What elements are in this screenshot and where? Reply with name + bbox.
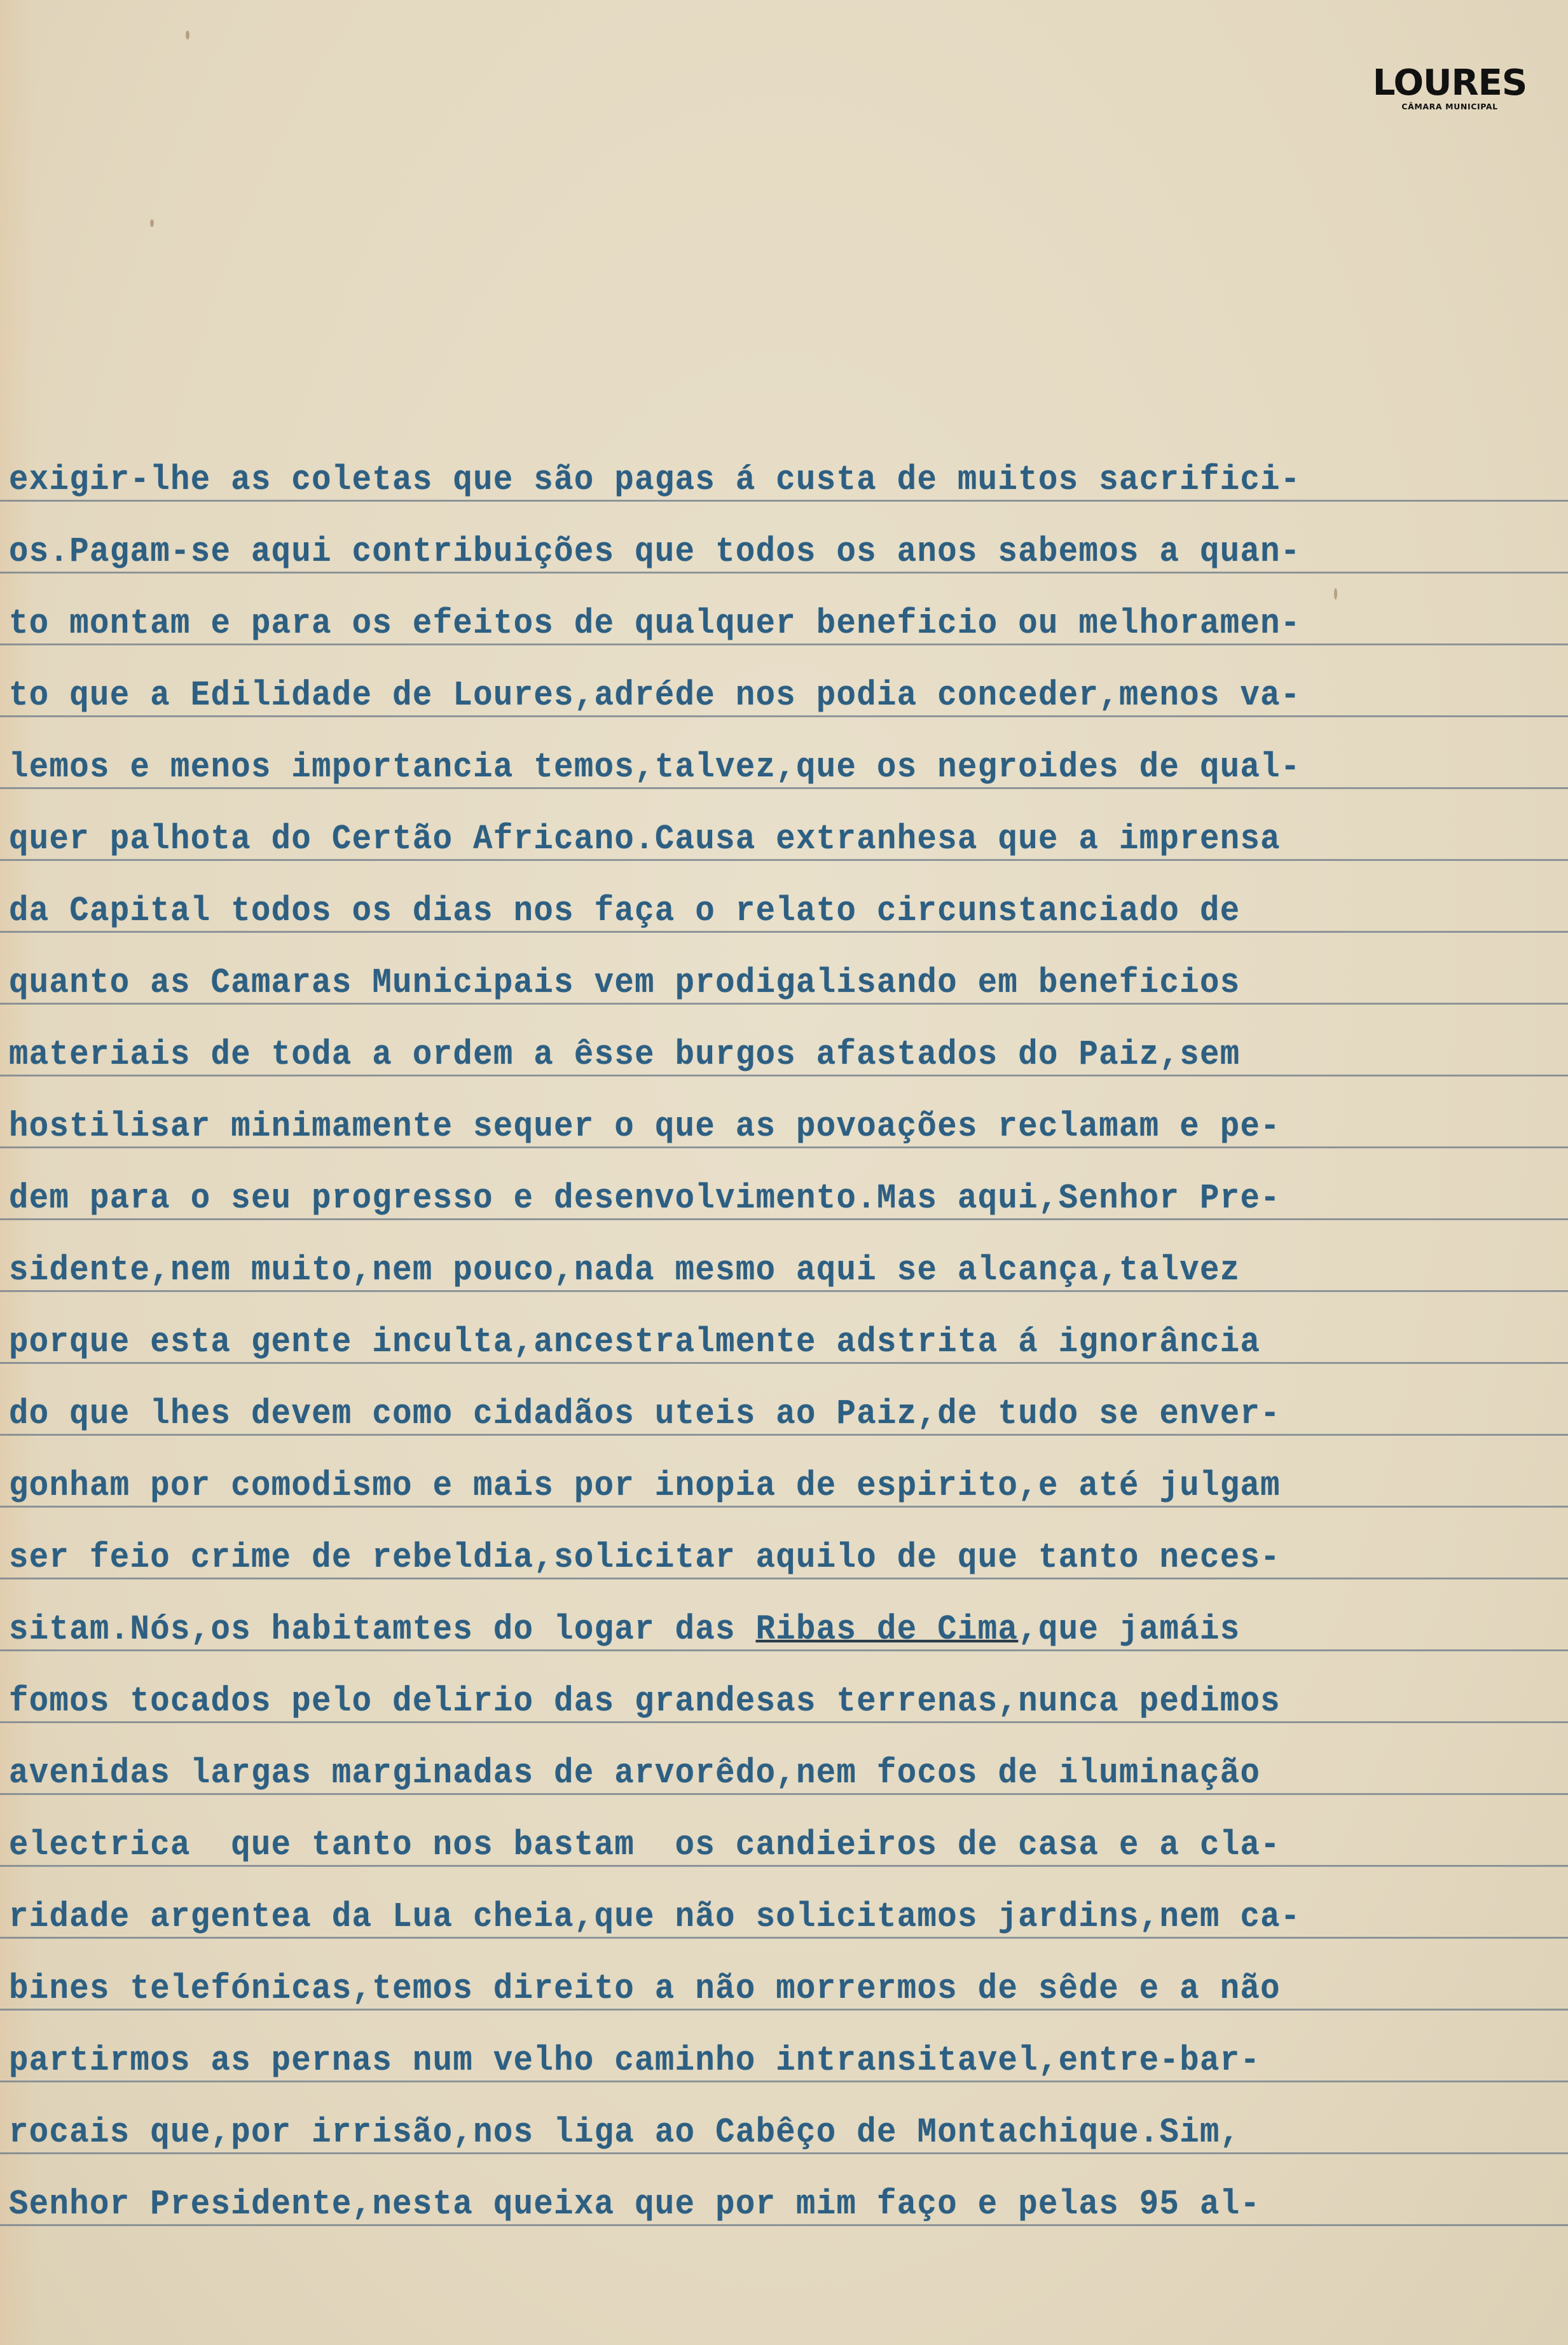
ruled-line: [0, 1578, 1568, 1579]
line-text: quanto as Camaras Municipais vem prodiga…: [9, 964, 1240, 1002]
underlined-place-name: Ribas de Cima: [756, 1609, 1019, 1649]
line-text: Senhor Presidente,nesta queixa que por m…: [9, 2185, 1260, 2224]
ruled-line: [0, 1506, 1568, 1508]
line-text: sidente,nem muito,nem pouco,nada mesmo a…: [9, 1251, 1240, 1289]
text-line: quanto as Camaras Municipais vem prodiga…: [0, 933, 1568, 1005]
paper-speck: [150, 219, 154, 227]
line-text: gonham por comodismo e mais por inopia d…: [9, 1467, 1281, 1505]
line-text: exigir-lhe as coletas que são pagas á cu…: [9, 461, 1301, 499]
text-line: materiais de toda a ordem a êsse burgos …: [0, 1005, 1568, 1076]
ruled-line: [0, 1865, 1568, 1867]
text-line: avenidas largas marginadas de arvorêdo,n…: [0, 1724, 1568, 1795]
ruled-line: [0, 1290, 1568, 1292]
line-text: os.Pagam-se aqui contribuições que todos…: [9, 533, 1301, 571]
line-text: ser feio crime de rebeldia,solicitar aqu…: [9, 1539, 1281, 1577]
text-line: da Capital todos os dias nos faça o rela…: [0, 862, 1568, 933]
line-text: dem para o seu progresso e desenvolvimen…: [9, 1179, 1281, 1218]
line-text: porque esta gente inculta,ancestralmente…: [9, 1323, 1260, 1361]
text-line: gonham por comodismo e mais por inopia d…: [0, 1436, 1568, 1508]
text-line: to montam e para os efeitos de qualquer …: [0, 574, 1568, 645]
ruled-line: [0, 1003, 1568, 1005]
ruled-line: [0, 1721, 1568, 1723]
line-text: do que lhes devem como cidadãos uteis ao…: [9, 1395, 1281, 1433]
text-line: rocais que,por irrisão,nos liga ao Cabêç…: [0, 2083, 1568, 2154]
line-text: partirmos as pernas num velho caminho in…: [9, 2042, 1260, 2080]
line-text-end: ,que jamáis: [1018, 1609, 1240, 1649]
line-text: rocais que,por irrisão,nos liga ao Cabêç…: [9, 2114, 1240, 2152]
paper-speck: [1334, 588, 1337, 600]
ruled-line: [0, 2080, 1568, 2082]
ruled-line: [0, 1793, 1568, 1795]
ruled-line: [0, 715, 1568, 717]
ruled-line: [0, 1218, 1568, 1220]
text-line: Senhor Presidente,nesta queixa que por m…: [0, 2155, 1568, 2226]
ruled-line: [0, 859, 1568, 861]
line-text: avenidas largas marginadas de arvorêdo,n…: [9, 1754, 1260, 1792]
text-line: bines telefónicas,temos direito a não mo…: [0, 1939, 1568, 2011]
ruled-line: [0, 2009, 1568, 2011]
line-text: fomos tocados pelo delirio das grandesas…: [9, 1682, 1281, 1721]
line-text: quer palhota do Certão Africano.Causa ex…: [9, 820, 1281, 858]
ruled-line: [0, 1362, 1568, 1364]
text-line: os.Pagam-se aqui contribuições que todos…: [0, 502, 1568, 574]
typewritten-page: exigir-lhe as coletas que são pagas á cu…: [0, 0, 1568, 2345]
text-line: hostilisar minimamente sequer o que as p…: [0, 1077, 1568, 1148]
ruled-line: [0, 1146, 1568, 1148]
text-line: exigir-lhe as coletas que são pagas á cu…: [0, 430, 1568, 502]
paper-speck: [186, 31, 189, 39]
line-text: hostilisar minimamente sequer o que as p…: [9, 1108, 1281, 1146]
text-line: quer palhota do Certão Africano.Causa ex…: [0, 790, 1568, 861]
text-line: fomos tocados pelo delirio das grandesas…: [0, 1652, 1568, 1723]
ruled-line: [0, 643, 1568, 645]
line-text: lemos e menos importancia temos,talvez,q…: [9, 748, 1301, 787]
text-line: ridade argentea da Lua cheia,que não sol…: [0, 1867, 1568, 1939]
ruled-line: [0, 572, 1568, 574]
ruled-line: [0, 1649, 1568, 1651]
line-text: electrica que tanto nos bastam os candie…: [9, 1826, 1281, 1864]
text-line: sidente,nem muito,nem pouco,nada mesmo a…: [0, 1221, 1568, 1292]
ruled-line: [0, 2224, 1568, 2226]
ruled-line: [0, 1075, 1568, 1076]
line-text: sitam.Nós,os habitamtes do logar das Rib…: [9, 1611, 1240, 1649]
text-line: partirmos as pernas num velho caminho in…: [0, 2011, 1568, 2082]
line-text: ridade argentea da Lua cheia,que não sol…: [9, 1898, 1301, 1936]
line-text: materiais de toda a ordem a êsse burgos …: [9, 1036, 1240, 1074]
text-line: porque esta gente inculta,ancestralmente…: [0, 1293, 1568, 1364]
ruled-line: [0, 1937, 1568, 1939]
text-line: lemos e menos importancia temos,talvez,q…: [0, 718, 1568, 789]
text-line: ser feio crime de rebeldia,solicitar aqu…: [0, 1508, 1568, 1579]
text-line: electrica que tanto nos bastam os candie…: [0, 1796, 1568, 1867]
text-line: do que lhes devem como cidadãos uteis ao…: [0, 1365, 1568, 1436]
ruled-line: [0, 1434, 1568, 1436]
ruled-line: [0, 2152, 1568, 2154]
text-line: dem para o seu progresso e desenvolvimen…: [0, 1149, 1568, 1220]
line-text: to montam e para os efeitos de qualquer …: [9, 605, 1301, 643]
ruled-line: [0, 931, 1568, 933]
text-line: to que a Edilidade de Loures,adréde nos …: [0, 646, 1568, 717]
ruled-line: [0, 500, 1568, 502]
line-text: bines telefónicas,temos direito a não mo…: [9, 1970, 1281, 2008]
ruled-line: [0, 787, 1568, 789]
text-line: sitam.Nós,os habitamtes do logar das Rib…: [0, 1580, 1568, 1651]
line-text-start: sitam.Nós,os habitamtes do logar das: [9, 1609, 756, 1649]
line-text: to que a Edilidade de Loures,adréde nos …: [9, 677, 1301, 715]
line-text: da Capital todos os dias nos faça o rela…: [9, 892, 1240, 930]
